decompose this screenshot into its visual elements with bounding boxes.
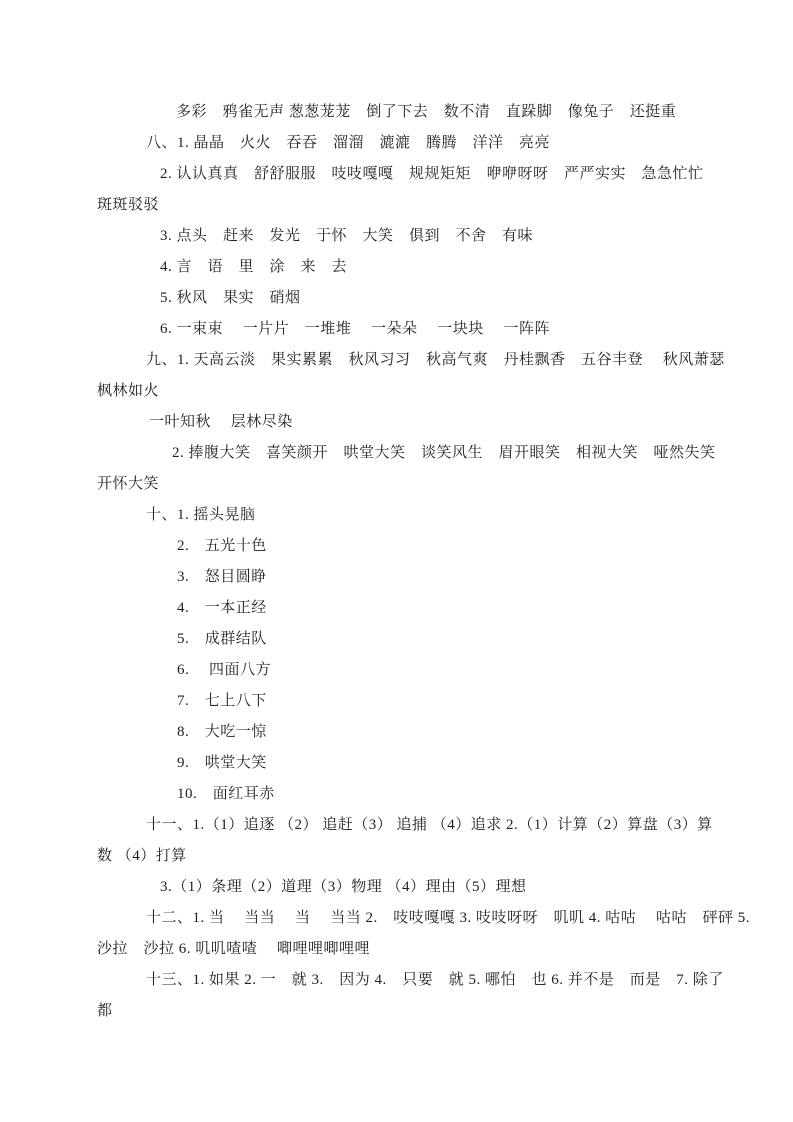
text-line: 都 (97, 996, 717, 1027)
text-line: 2. 认认真真 舒舒服服 吱吱嘎嘎 规规矩矩 咿咿呀呀 严严实实 急急忙忙 (160, 159, 717, 190)
text-line: 开怀大笑 (97, 469, 717, 500)
section-13-line: 十三、1. 如果 2. 一 就 3. 因为 4. 只要 就 5. 哪怕 也 6.… (146, 965, 717, 996)
list-item: 7. 七上八下 (177, 686, 717, 717)
list-item: 3. 怒目圆睁 (177, 562, 717, 593)
section-9-line: 九、1. 天高云淡 果实累累 秋风习习 秋高气爽 丹桂飘香 五谷丰登 秋风萧瑟 (146, 345, 717, 376)
text-line: 2. 捧腹大笑 喜笑颜开 哄堂大笑 谈笑风生 眉开眼笑 相视大笑 哑然失笑 (172, 438, 717, 469)
text-line: 枫林如火 (97, 376, 717, 407)
document-page: 多彩 鸦雀无声 葱葱茏茏 倒了下去 数不清 直跺脚 像兔子 还挺重 八、1. 晶… (0, 0, 793, 1122)
list-item: 2. 五光十色 (177, 531, 717, 562)
text-line: 数 （4）打算 (97, 841, 717, 872)
text-line: 6. 一束束 一片片 一堆堆 一朵朵 一块块 一阵阵 (160, 314, 717, 345)
list-item: 8. 大吃一惊 (177, 717, 717, 748)
text-line: 5. 秋风 果实 硝烟 (160, 283, 717, 314)
list-item: 4. 一本正经 (177, 593, 717, 624)
document-body: 多彩 鸦雀无声 葱葱茏茏 倒了下去 数不清 直跺脚 像兔子 还挺重 八、1. 晶… (97, 97, 717, 1027)
list-item: 6. 四面八方 (177, 655, 717, 686)
text-line: 斑斑驳驳 (97, 190, 717, 221)
list-item: 5. 成群结队 (177, 624, 717, 655)
section-12-line: 十二、1. 当 当当 当 当当 2. 吱吱嘎嘎 3. 吱吱呀呀 叽叽 4. 咕咕… (146, 903, 717, 934)
text-line: 4. 言 语 里 涂 来 去 (160, 252, 717, 283)
text-line: 3. 点头 赶来 发光 于怀 大笑 俱到 不舍 有味 (160, 221, 717, 252)
section-10-line: 十、1. 摇头晃脑 (146, 500, 717, 531)
text-line: 多彩 鸦雀无声 葱葱茏茏 倒了下去 数不清 直跺脚 像兔子 还挺重 (176, 97, 717, 128)
list-item: 9. 哄堂大笑 (177, 748, 717, 779)
text-line: 沙拉 沙拉 6. 叽叽喳喳 唧哩哩唧哩哩 (97, 934, 717, 965)
section-11-line: 十一、1.（1）追逐 （2） 追赶（3） 追捕 （4）追求 2.（1）计算（2）… (146, 810, 717, 841)
list-item: 10. 面红耳赤 (177, 779, 717, 810)
text-line: 一叶知秋 层林尽染 (149, 407, 717, 438)
text-line: 3.（1）条理（2）道理（3）物理 （4）理由（5）理想 (160, 872, 717, 903)
section-8-line: 八、1. 晶晶 火火 吞吞 溜溜 漉漉 腾腾 洋洋 亮亮 (146, 128, 717, 159)
